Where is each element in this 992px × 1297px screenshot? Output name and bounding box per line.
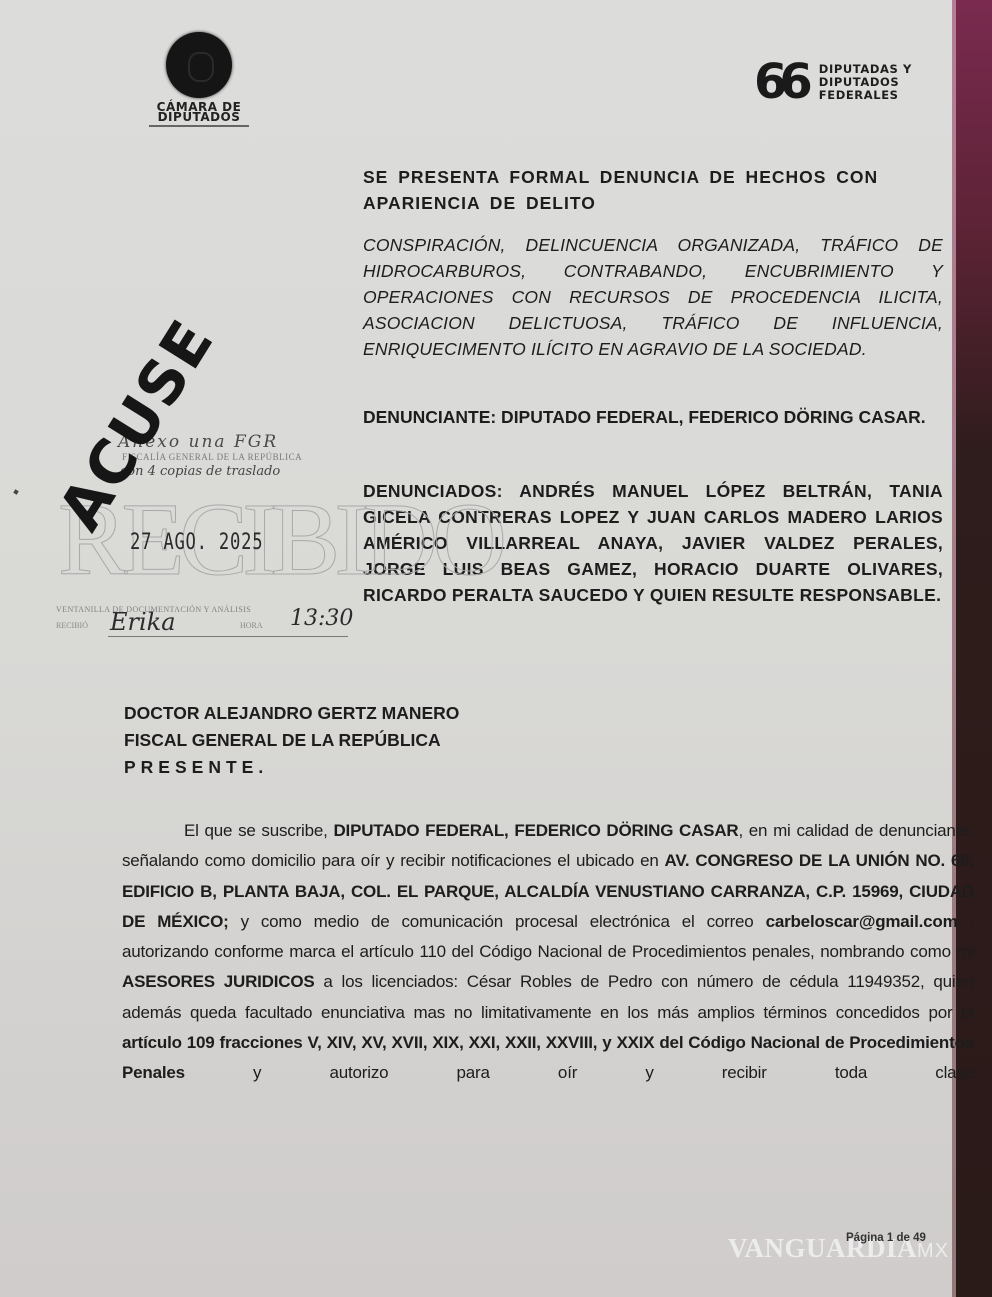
addressee-greeting: PRESENTE. — [124, 754, 459, 781]
crimes-list: CONSPIRACIÓN, DELINCUENCIA ORGANIZADA, T… — [363, 232, 943, 362]
body-text-segment: y autorizo para oír y recibir toda clase — [185, 1063, 974, 1082]
legislature-text: DIPUTADAS Y DIPUTADOS FEDERALES — [819, 63, 912, 102]
body-text-segment: El que se suscribe, — [184, 821, 333, 840]
addressee-position: FISCAL GENERAL DE LA REPÚBLICA — [124, 727, 459, 754]
email-address: carbeloscar@gmail.com — [766, 912, 958, 931]
legal-advisors-label: ASESORES JURIDICOS — [122, 972, 315, 991]
addressee-name: DOCTOR ALEJANDRO GERTZ MANERO — [124, 700, 459, 727]
stamp-date: 27 AGO. 2025 — [130, 530, 263, 555]
chamber-seal-icon — [166, 32, 232, 98]
binder-edge — [956, 0, 992, 1297]
camara-diputados-logo: CÁMARA DE DIPUTADOS — [140, 32, 258, 127]
complainant: DENUNCIANTE: DIPUTADO FEDERAL, FEDERICO … — [363, 404, 943, 430]
camara-logo-text: CÁMARA DE DIPUTADOS — [140, 102, 258, 122]
document-title: SE PRESENTA FORMAL DENUNCIA DE HECHOS CO… — [363, 164, 943, 216]
body-paragraph: El que se suscribe, DIPUTADO FEDERAL, FE… — [122, 816, 974, 1089]
body-text-segment: y como medio de comunicación procesal el… — [229, 912, 766, 931]
page-number: Página 1 de 49 — [846, 1232, 926, 1244]
legislature-line-1: DIPUTADAS Y — [819, 63, 912, 76]
logo-underline — [149, 125, 249, 127]
legislature-line-3: FEDERALES — [819, 89, 912, 102]
received-by-signature: Erika — [110, 608, 176, 636]
complainant-name: DIPUTADO FEDERAL, FEDERICO DÖRING CASAR — [333, 821, 738, 840]
legislature-line-2: DIPUTADOS — [819, 76, 912, 89]
legislature-number: 66 — [754, 62, 805, 102]
addressee-block: DOCTOR ALEJANDRO GERTZ MANERO FISCAL GEN… — [124, 700, 459, 781]
received-by-label: RECIBIÓ — [56, 621, 88, 630]
signature-line — [108, 636, 348, 637]
received-hour: 13:30 — [290, 606, 353, 631]
legislature-66-logo: 66 DIPUTADAS Y DIPUTADOS FEDERALES — [754, 62, 912, 102]
hour-label: HORA — [240, 621, 263, 630]
